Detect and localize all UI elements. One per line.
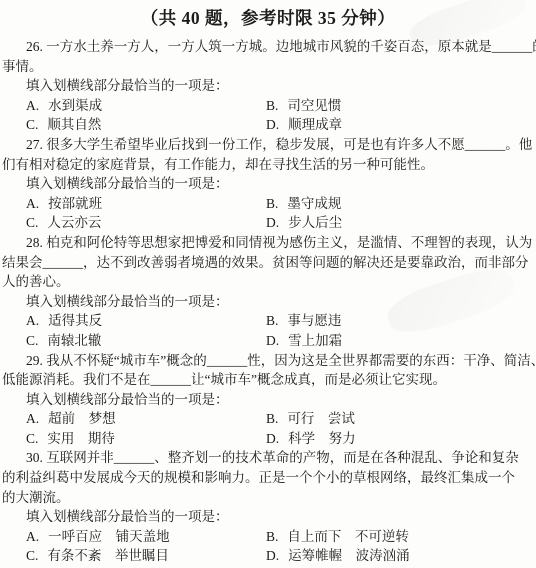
option-text: 可行 尝试 [287,411,355,426]
option-label: C. [26,117,38,132]
option-label: D. [266,117,279,132]
option-label: B. [266,196,278,211]
fill-in-prompt: 填入划横线部分最恰当的一项是： [2,76,534,96]
option-text: 有条不紊 举世瞩目 [47,548,169,563]
option-28-c: C.南辕北辙 [26,331,266,351]
question-block-27: 27. 很多大学生希望毕业后找到一份工作，稳步发展，可是也有许多人不愿_____… [2,135,534,233]
question-text-line: 27. 很多大学生希望毕业后找到一份工作，稳步发展，可是也有许多人不愿_____… [2,135,534,155]
option-26-a: A.水到渠成 [26,96,266,116]
option-label: A. [26,411,39,426]
question-block-29: 29. 我从不怀疑“城市车”概念的______性，因为这是全世界都需要的东西：干… [2,351,534,449]
option-text: 司空见惯 [287,98,341,113]
option-text: 南辕北辙 [47,333,101,348]
option-text: 运筹帷幄 波涛汹涌 [288,548,410,563]
option-label: A. [26,529,39,544]
options-row: C.顺其自然 D.顺理成章 [2,115,534,135]
question-text-line: 的大潮流。 [2,488,534,508]
option-26-b: B.司空见惯 [266,96,534,116]
option-29-d: D.科学 努力 [266,429,534,449]
option-29-c: C.实用 期待 [26,429,266,449]
question-text-line: 低能源消耗。我们不是在______让“城市车”概念成真，而是必须让它实现。 [2,370,534,390]
option-label: C. [26,548,38,563]
option-label: A. [26,313,39,328]
option-text: 适得其反 [48,313,102,328]
option-label: C. [26,333,38,348]
options-row: C.实用 期待 D.科学 努力 [2,429,534,449]
question-text-line: 的利益纠葛中发展成今天的规模和影响力。正是一个个小的草根网络，最终汇集成一个 [2,468,534,488]
option-text: 按部就班 [48,196,102,211]
option-30-b: B.自上而下 不可逆转 [266,527,534,547]
option-text: 顺其自然 [47,117,101,132]
option-label: A. [26,196,39,211]
options-row: A.按部就班 B.墨守成规 [2,194,534,214]
fill-in-prompt: 填入划横线部分最恰当的一项是： [2,292,534,312]
page-title: （共 40 题，参考时限 35 分钟） [2,6,534,30]
option-30-a: A.一呼百应 铺天盖地 [26,527,266,547]
fill-in-prompt: 填入划横线部分最恰当的一项是： [2,507,534,527]
option-text: 一呼百应 铺天盖地 [48,529,170,544]
question-text-line: 结果会______，达不到改善弱者境遇的效果。贫困等问题的解决还是要靠政治，而非… [2,253,534,273]
question-block-28: 28. 柏克和阿伦特等思想家把博爱和同情视为感伤主义，是滥情、不理智的表现，认为… [2,233,534,351]
option-30-c: C.有条不紊 举世瞩目 [26,546,266,566]
question-text-line: 29. 我从不怀疑“城市车”概念的______性，因为这是全世界都需要的东西：干… [2,351,534,371]
fill-in-prompt: 填入划横线部分最恰当的一项是： [2,174,534,194]
options-row: C.人云亦云 D.步人后尘 [2,213,534,233]
option-text: 墨守成规 [287,196,341,211]
option-label: A. [26,98,39,113]
option-28-b: B.事与愿违 [266,311,534,331]
option-29-b: B.可行 尝试 [266,409,534,429]
option-text: 自上而下 不可逆转 [287,529,409,544]
question-text-line: 30. 互联网并非______、整齐划一的技术革命的产物，而是在各种混乱、争论和… [2,448,534,468]
fill-in-prompt: 填入划横线部分最恰当的一项是： [2,390,534,410]
options-row: A.水到渠成 B.司空见惯 [2,96,534,116]
option-label: B. [266,313,278,328]
option-30-d: D.运筹帷幄 波涛汹涌 [266,546,534,566]
option-label: B. [266,98,278,113]
options-row: C.南辕北辙 D.雪上加霜 [2,331,534,351]
option-text: 雪上加霜 [288,333,342,348]
option-label: D. [266,431,279,446]
option-text: 顺理成章 [288,117,342,132]
option-29-a: A.超前 梦想 [26,409,266,429]
option-27-a: A.按部就班 [26,194,266,214]
option-label: C. [26,215,38,230]
option-text: 水到渠成 [48,98,102,113]
question-block-30: 30. 互联网并非______、整齐划一的技术革命的产物，而是在各种混乱、争论和… [2,448,534,566]
option-text: 科学 努力 [288,431,356,446]
option-label: C. [26,431,38,446]
option-text: 实用 期待 [47,431,115,446]
option-text: 人云亦云 [47,215,101,230]
question-block-26: 26. 一方水土养一方人，一方人筑一方城。边地城市风貌的千姿百态，原本就是___… [2,37,534,135]
options-row: A.超前 梦想 B.可行 尝试 [2,409,534,429]
option-27-d: D.步人后尘 [266,213,534,233]
option-label: D. [266,548,279,563]
option-28-d: D.雪上加霜 [266,331,534,351]
question-text-line: 人的善心。 [2,272,534,292]
option-label: B. [266,411,278,426]
option-text: 步人后尘 [288,215,342,230]
option-text: 超前 梦想 [48,411,116,426]
option-label: D. [266,215,279,230]
option-label: D. [266,333,279,348]
question-text-line: 26. 一方水土养一方人，一方人筑一方城。边地城市风貌的千姿百态，原本就是___… [2,37,534,57]
option-27-c: C.人云亦云 [26,213,266,233]
option-26-d: D.顺理成章 [266,115,534,135]
options-row: C.有条不紊 举世瞩目 D.运筹帷幄 波涛汹涌 [2,546,534,566]
question-text-line: 事情。 [2,57,534,77]
question-text-line: 们有相对稳定的家庭背景，有工作能力，却在寻找生活的另一种可能性。 [2,155,534,175]
option-text: 事与愿违 [287,313,341,328]
option-26-c: C.顺其自然 [26,115,266,135]
question-text-line: 28. 柏克和阿伦特等思想家把博爱和同情视为感伤主义，是滥情、不理智的表现，认为 [2,233,534,253]
option-label: B. [266,529,278,544]
options-row: A.一呼百应 铺天盖地 B.自上而下 不可逆转 [2,527,534,547]
option-28-a: A.适得其反 [26,311,266,331]
options-row: A.适得其反 B.事与愿违 [2,311,534,331]
option-27-b: B.墨守成规 [266,194,534,214]
